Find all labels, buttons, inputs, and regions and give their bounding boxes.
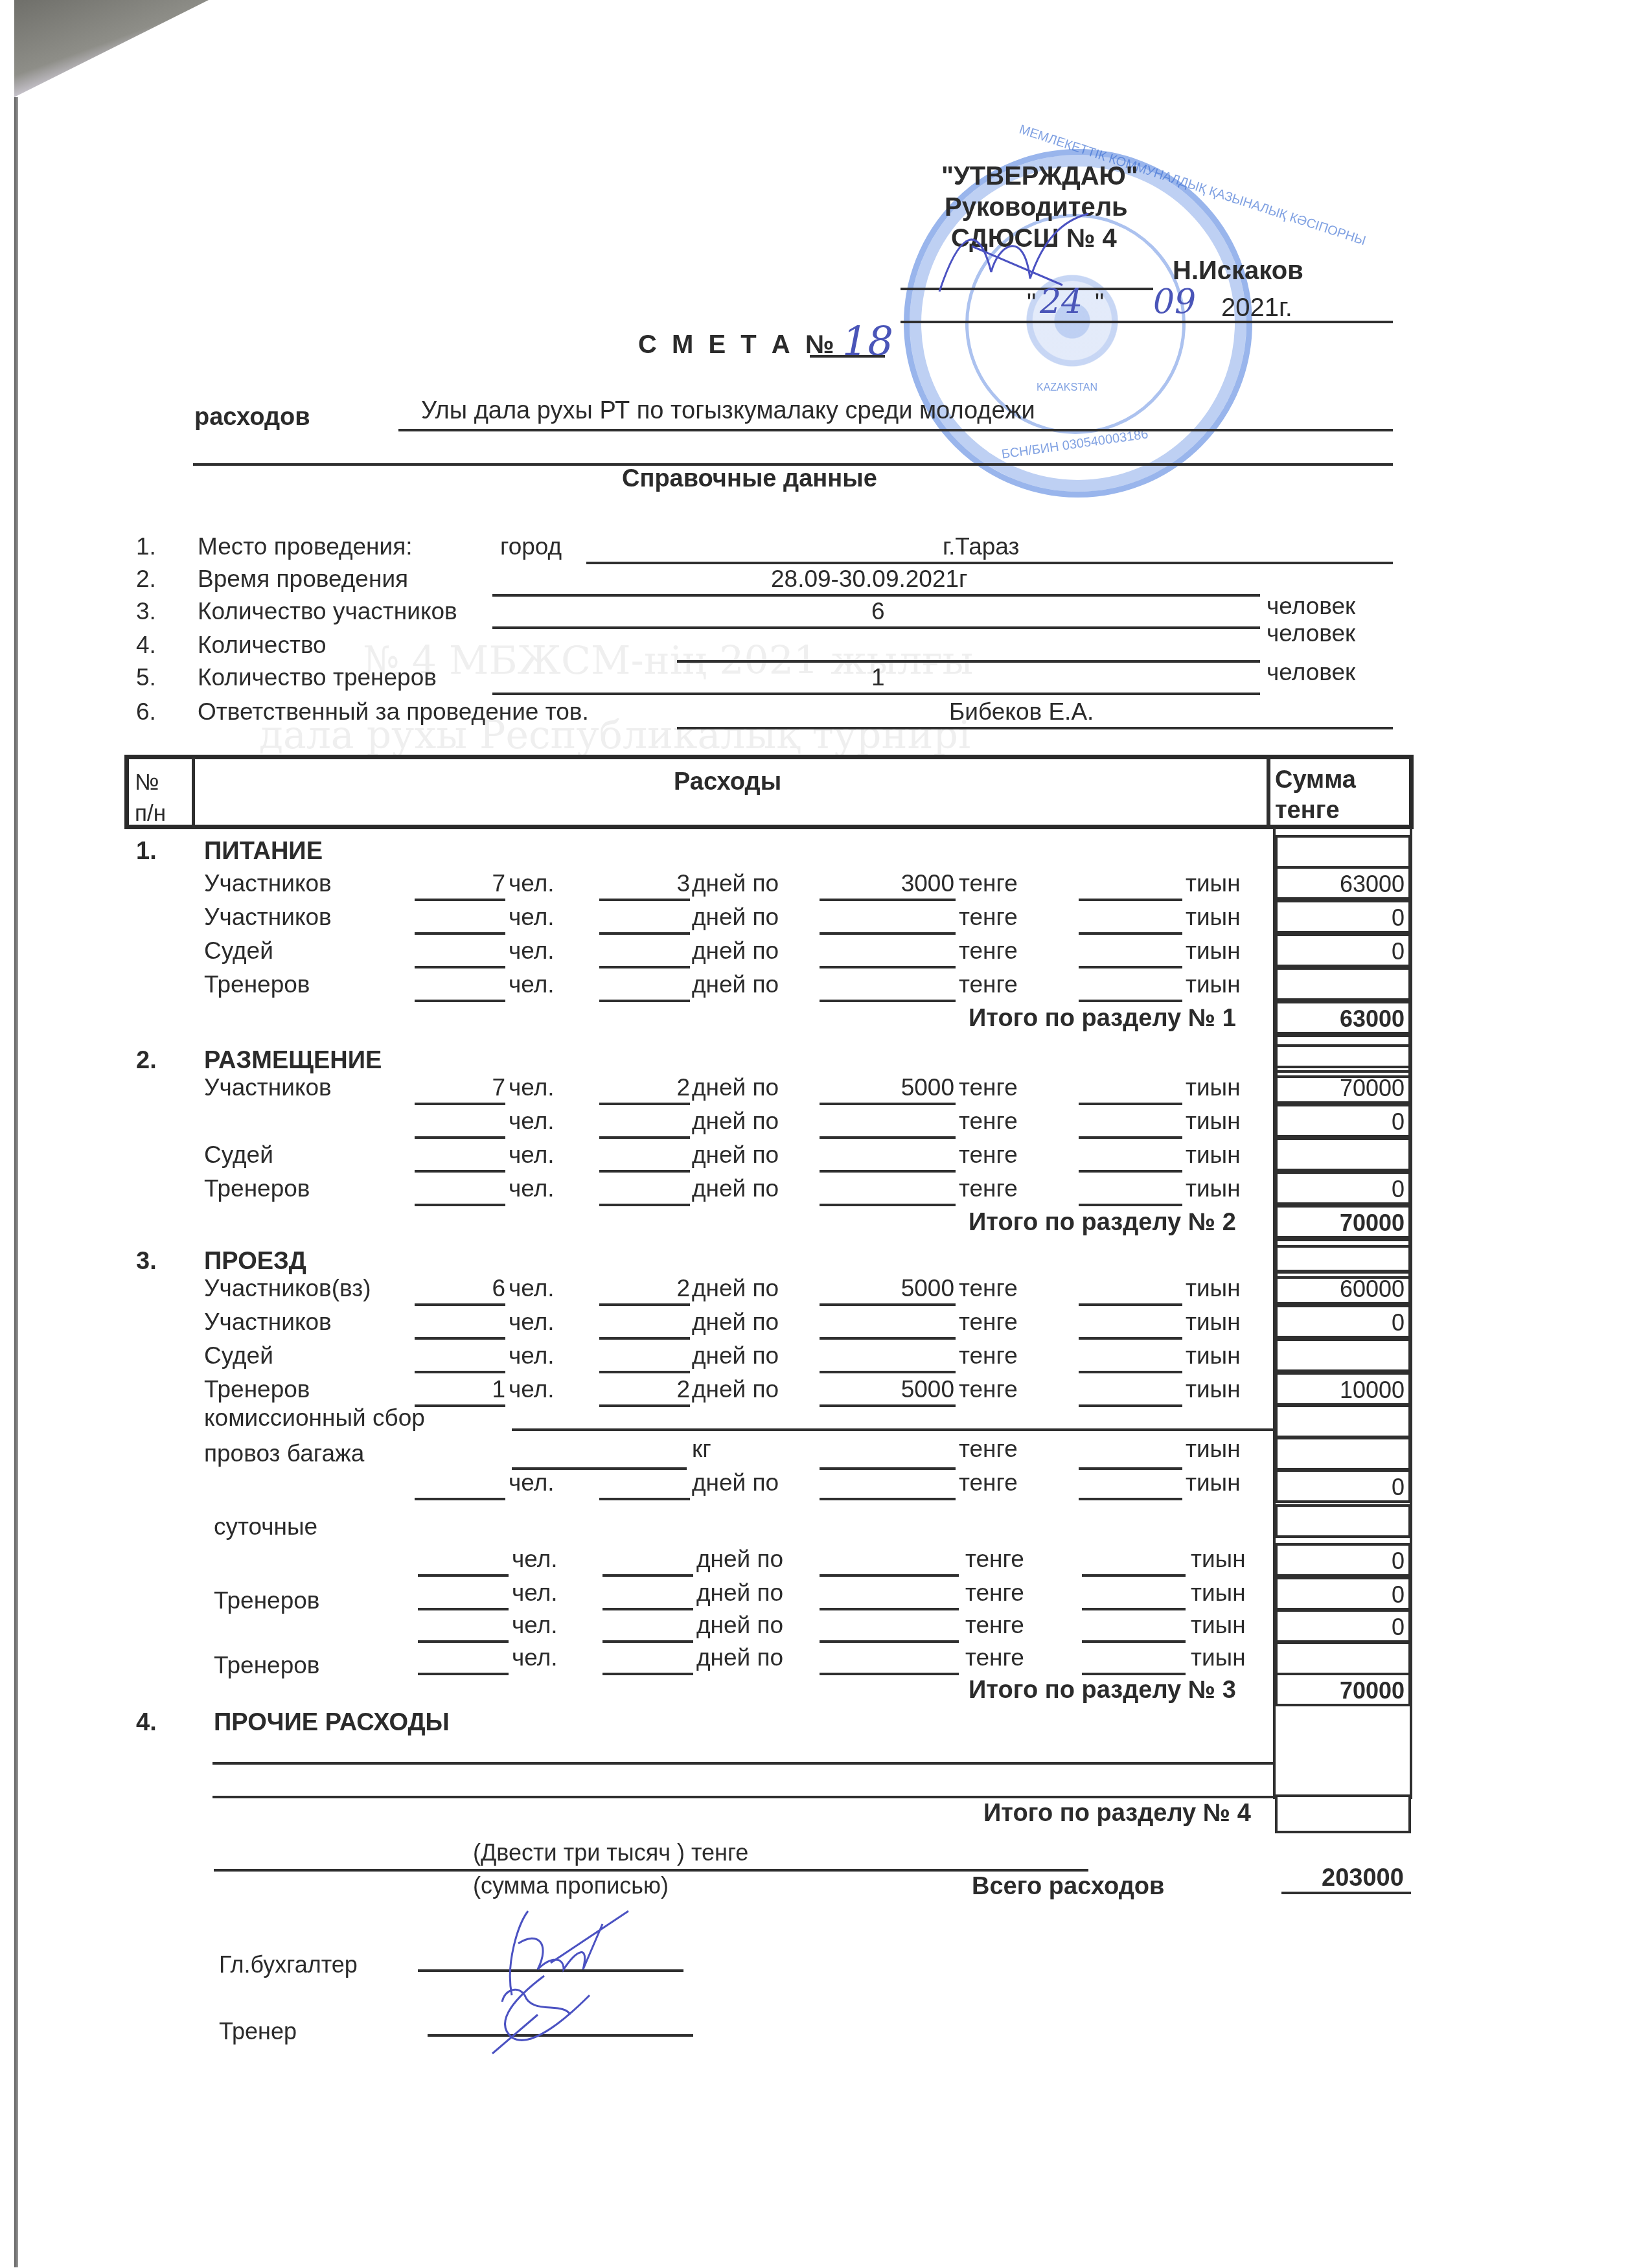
sum-cell[interactable]: 70000 (1275, 1673, 1411, 1706)
days-count[interactable]: 2 (599, 1377, 690, 1401)
people-line[interactable] (415, 1170, 505, 1173)
tiyn-line[interactable] (1079, 1498, 1182, 1500)
sum-cell[interactable]: 0 (1275, 1577, 1411, 1610)
reference-label: Количество (198, 633, 327, 657)
approval-date-line (901, 321, 1393, 323)
tenge-unit: тенге (959, 871, 1018, 895)
rate-line[interactable] (820, 1337, 956, 1340)
tiyn-unit: тиын (1191, 1645, 1246, 1669)
tiyn-line[interactable] (1082, 1640, 1186, 1643)
sum-cell[interactable]: 0 (1275, 1469, 1411, 1503)
date-day[interactable]: 24 (1040, 282, 1083, 321)
tiyn-line[interactable] (1079, 1371, 1182, 1373)
grand-total-line (1281, 1892, 1411, 1894)
rate-line[interactable] (820, 1640, 959, 1643)
people-unit: чел. (509, 905, 555, 929)
sum-cell[interactable] (1275, 967, 1411, 1001)
tiyn-unit: тиын (1186, 1176, 1241, 1200)
people-line[interactable] (418, 1673, 509, 1675)
tiyn-unit: тиын (1186, 1310, 1241, 1334)
tenge-unit: тенге (959, 1075, 1018, 1099)
tenge-unit: тенге (965, 1581, 1024, 1605)
people-unit: чел. (509, 1276, 555, 1300)
people-line[interactable] (415, 966, 505, 968)
people-count[interactable]: 6 (415, 1276, 505, 1300)
commission-line[interactable] (512, 1428, 1275, 1431)
days-line[interactable] (599, 1000, 690, 1002)
people-unit: чел. (509, 1075, 555, 1099)
tiyn-unit: тиын (1186, 905, 1241, 929)
approval-heading: "УТВЕРЖДАЮ" (941, 163, 1138, 189)
people-line[interactable] (415, 932, 505, 935)
grand-total-label: Всего расходов (972, 1874, 1164, 1899)
reference-value-line (677, 660, 1260, 663)
tenge-unit: тенге (965, 1645, 1024, 1669)
expense-label: Судей (204, 1143, 273, 1167)
days-unit: дней по (692, 1377, 779, 1401)
days-unit: дней по (692, 1471, 779, 1495)
days-unit: дней по (696, 1547, 783, 1571)
reference-prefix: город (500, 534, 562, 558)
expense-label: Участников (204, 1075, 332, 1099)
other-expenses-line-2[interactable] (212, 1796, 1275, 1798)
baggage-label: провоз багажа (204, 1441, 364, 1465)
people-line[interactable] (418, 1640, 509, 1643)
section-3-number: 3. (136, 1249, 157, 1274)
reference-label: Количество тренеров (198, 665, 437, 689)
reference-value[interactable]: 1 (871, 665, 885, 689)
rate-line[interactable] (820, 1371, 956, 1373)
tiyn-unit: тиын (1186, 972, 1241, 996)
sum-cell[interactable] (1275, 1642, 1411, 1675)
days-line[interactable] (599, 1404, 690, 1407)
people-unit: чел. (512, 1547, 558, 1571)
days-unit: дней по (692, 1143, 779, 1167)
rate-line[interactable] (820, 1498, 956, 1500)
approval-signatory: Н.Искаков (1173, 258, 1303, 284)
rate-line[interactable] (820, 932, 956, 935)
section-4-total[interactable] (1275, 1794, 1411, 1833)
days-unit: дней по (692, 939, 779, 963)
people-line[interactable] (415, 1103, 505, 1105)
people-count[interactable]: 7 (415, 871, 505, 895)
days-unit: дней по (692, 1176, 779, 1200)
section-3-title: ПРОЕЗД (204, 1249, 306, 1274)
tenge-unit: тенге (965, 1547, 1024, 1571)
tenge-unit: тенге (965, 1613, 1024, 1637)
rate-line[interactable] (820, 1103, 956, 1105)
days-count[interactable]: 2 (599, 1276, 690, 1300)
rate-line[interactable] (820, 1574, 959, 1577)
reference-num: 6. (136, 700, 156, 724)
days-line[interactable] (599, 1371, 690, 1373)
per-diem-row-label: Тренеров (214, 1588, 320, 1612)
sum-cell (1275, 1404, 1411, 1438)
tiyn-unit: тиын (1186, 1377, 1241, 1401)
people-unit: чел. (509, 1471, 555, 1495)
days-line[interactable] (602, 1673, 693, 1675)
people-line[interactable] (415, 899, 505, 901)
tiyn-line[interactable] (1079, 1337, 1182, 1340)
tiyn-unit: тиын (1186, 1109, 1241, 1133)
tiyn-line[interactable] (1082, 1608, 1186, 1610)
table-divider (192, 757, 195, 828)
tiyn-line[interactable] (1079, 1136, 1182, 1139)
sum-cell[interactable]: 60000 (1275, 1271, 1411, 1305)
tenge-unit: тенге (959, 1471, 1018, 1495)
accountant-signature (453, 1905, 674, 2060)
people-count[interactable]: 7 (415, 1075, 505, 1099)
tenge-unit: тенге (959, 1437, 1018, 1461)
coach-label: Тренер (219, 2020, 297, 2043)
reference-num: 3. (136, 599, 156, 623)
rate-line[interactable] (820, 1000, 956, 1002)
people-unit: чел. (509, 1143, 555, 1167)
per-diem-label: суточные (214, 1515, 317, 1539)
stamp-center-label: KAZAKSTAN (1037, 382, 1097, 394)
tiyn-unit: тиын (1186, 1143, 1241, 1167)
people-unit: чел. (512, 1613, 558, 1637)
tiyn-unit: тиын (1186, 939, 1241, 963)
people-line[interactable] (415, 1404, 505, 1407)
sum-cell[interactable]: 70000 (1275, 1205, 1411, 1239)
reference-unit: человек (1267, 621, 1355, 645)
estimate-number[interactable]: 18 (842, 317, 893, 365)
reference-unit: человек (1267, 594, 1355, 618)
rate-value[interactable]: 3000 (820, 871, 954, 895)
tenge-unit: тенге (959, 905, 1018, 929)
sum-cell[interactable]: 0 (1275, 934, 1411, 967)
tiyn-line[interactable] (1079, 1103, 1182, 1105)
days-count[interactable]: 3 (599, 871, 690, 895)
rate-line[interactable] (820, 899, 956, 901)
section-1-title: ПИТАНИЕ (204, 839, 323, 864)
expense-label: Судей (204, 1344, 273, 1368)
sum-column-border (1273, 1694, 1276, 1799)
sum-cell[interactable]: 0 (1275, 1305, 1411, 1338)
scan-shadow-left (14, 97, 18, 2267)
days-line[interactable] (599, 899, 690, 901)
tiyn-line[interactable] (1082, 1574, 1186, 1577)
section-4-number: 4. (136, 1710, 157, 1735)
rate-line[interactable] (820, 1673, 959, 1675)
sum-cell[interactable]: 0 (1275, 1609, 1411, 1643)
rate-line[interactable] (820, 1170, 956, 1173)
sum-cell (1275, 1504, 1411, 1538)
tiyn-line[interactable] (1082, 1673, 1186, 1675)
expense-label: Участников(вз) (204, 1276, 371, 1300)
col-sum-header: Сумма (1275, 768, 1356, 792)
amount-in-words[interactable]: (Двести три тысяч ) тенге (473, 1841, 748, 1864)
rate-value[interactable]: 5000 (820, 1075, 954, 1099)
days-unit: дней по (692, 1344, 779, 1368)
sum-cell[interactable]: 0 (1275, 900, 1411, 934)
section-1-total-label: Итого по разделу № 1 (969, 1006, 1236, 1031)
tiyn-unit: тиын (1186, 1471, 1241, 1495)
reference-value[interactable]: г.Тараз (943, 534, 1019, 558)
people-line[interactable] (418, 1574, 509, 1577)
tiyn-unit: тиын (1186, 1437, 1241, 1461)
people-line[interactable] (415, 1000, 505, 1002)
people-unit: чел. (509, 1310, 555, 1334)
days-line[interactable] (599, 1170, 690, 1173)
rate-line[interactable] (820, 1404, 956, 1407)
reference-num: 5. (136, 665, 156, 689)
rate-line[interactable] (820, 1303, 956, 1306)
days-line[interactable] (599, 1303, 690, 1306)
tiyn-line[interactable] (1079, 1303, 1182, 1306)
document-title: С М Е Т А № (638, 332, 838, 358)
tiyn-line[interactable] (1079, 899, 1182, 901)
date-quote-close: " (1095, 290, 1104, 316)
tiyn-line[interactable] (1079, 1170, 1182, 1173)
rate-value[interactable]: 5000 (820, 1276, 954, 1300)
sum-cell[interactable] (1275, 835, 1411, 869)
expense-label: Тренеров (204, 972, 310, 996)
days-line[interactable] (599, 966, 690, 968)
days-line[interactable] (599, 1498, 690, 1500)
tiyn-line[interactable] (1079, 1467, 1182, 1470)
sum-cell[interactable]: 10000 (1275, 1372, 1411, 1406)
people-line[interactable] (415, 1136, 505, 1139)
reference-label: Время проведения (198, 567, 408, 591)
reference-num: 2. (136, 567, 156, 591)
tiyn-unit: тиын (1191, 1613, 1246, 1637)
reference-label: Количество участников (198, 599, 457, 623)
people-unit: чел. (509, 1344, 555, 1368)
people-unit: чел. (509, 972, 555, 996)
days-line[interactable] (599, 1204, 690, 1206)
days-line[interactable] (599, 932, 690, 935)
days-unit: дней по (696, 1645, 783, 1669)
days-line[interactable] (602, 1608, 693, 1610)
table-divider (1267, 757, 1270, 828)
tiyn-line[interactable] (1079, 1204, 1182, 1206)
date-year: 2021г. (1221, 295, 1292, 321)
days-unit: дней по (696, 1613, 783, 1637)
tiyn-unit: тиын (1186, 1344, 1241, 1368)
tiyn-line[interactable] (1079, 1404, 1182, 1407)
section-4-title: ПРОЧИЕ РАСХОДЫ (214, 1710, 450, 1735)
tenge-unit: тенге (959, 1276, 1018, 1300)
section-3-total-label: Итого по разделу № 3 (969, 1678, 1236, 1702)
tenge-unit: тенге (959, 1310, 1018, 1334)
days-unit: дней по (692, 871, 779, 895)
estimate-number-line (810, 355, 885, 358)
reference-value-line (586, 562, 1393, 564)
days-line[interactable] (602, 1640, 693, 1643)
date-month[interactable]: 09 (1153, 282, 1196, 321)
days-unit: дней по (692, 1075, 779, 1099)
days-line[interactable] (599, 1103, 690, 1105)
sum-cell[interactable]: 63000 (1275, 1001, 1411, 1035)
days-unit: дней по (692, 1276, 779, 1300)
amount-in-words-line (214, 1869, 1088, 1872)
sum-cell[interactable]: 0 (1275, 1543, 1411, 1577)
reference-value-line (492, 693, 1260, 695)
section-2-title: РАЗМЕЩЕНИЕ (204, 1048, 382, 1073)
days-unit: дней по (692, 972, 779, 996)
people-line[interactable] (415, 1498, 505, 1500)
people-line[interactable] (418, 1608, 509, 1610)
tiyn-unit: тиын (1191, 1547, 1246, 1571)
days-unit: дней по (692, 905, 779, 929)
tenge-unit: тенге (959, 1344, 1018, 1368)
sum-cell[interactable] (1275, 1138, 1411, 1171)
amount-in-words-caption: (сумма прописью) (473, 1874, 669, 1897)
tenge-unit: тенге (959, 939, 1018, 963)
sum-cell[interactable] (1275, 1338, 1411, 1372)
expense-label: Участников (204, 1310, 332, 1334)
section-1-number: 1. (136, 839, 157, 864)
tiyn-line[interactable] (1079, 932, 1182, 935)
grand-total-value[interactable]: 203000 (1322, 1866, 1404, 1890)
people-unit: чел. (509, 1109, 555, 1133)
section-2-total-label: Итого по разделу № 2 (969, 1210, 1236, 1235)
people-line[interactable] (415, 1303, 505, 1306)
event-name[interactable]: Улы дала рухы РТ по тогызкумалаку среди … (421, 398, 1035, 423)
expenses-label: расходов (194, 405, 310, 430)
reference-value-line (677, 727, 1393, 729)
reference-value[interactable]: 6 (871, 599, 885, 623)
people-unit: чел. (509, 1176, 555, 1200)
expense-label: Тренеров (204, 1176, 310, 1200)
tiyn-unit: тиын (1191, 1581, 1246, 1605)
reference-num: 4. (136, 633, 156, 657)
people-line[interactable] (415, 1337, 505, 1340)
reference-unit: человек (1267, 660, 1355, 684)
people-count[interactable]: 1 (415, 1377, 505, 1401)
col-num-header: № (135, 771, 159, 794)
section-4-total-label: Итого по разделу № 4 (983, 1801, 1251, 1826)
reference-label: Ответственный за проведение тов. (198, 700, 589, 724)
tiyn-line[interactable] (1079, 1000, 1182, 1002)
reference-heading: Справочные данные (622, 466, 877, 491)
tenge-unit: тенге (959, 972, 1018, 996)
reference-value[interactable]: 28.09-30.09.2021г (771, 567, 968, 591)
other-expenses-line-1[interactable] (212, 1762, 1275, 1765)
tiyn-unit: тиын (1186, 1075, 1241, 1099)
days-line[interactable] (599, 1337, 690, 1340)
accountant-label: Гл.бухгалтер (219, 1953, 358, 1976)
event-name-line (398, 429, 1393, 431)
expense-label: Судей (204, 939, 273, 963)
people-unit: чел. (509, 1377, 555, 1401)
sum-cell[interactable] (1275, 1437, 1411, 1471)
section-2-number: 2. (136, 1048, 157, 1073)
reference-value-line (492, 594, 1260, 597)
tiyn-unit: тиын (1186, 1276, 1241, 1300)
rate-value[interactable]: 5000 (820, 1377, 954, 1401)
kg-unit: кг (692, 1437, 711, 1461)
people-line[interactable] (415, 1204, 505, 1206)
scan-shadow-top (14, 0, 209, 97)
col-sum-header-2: тенге (1275, 798, 1340, 823)
people-line[interactable] (415, 1371, 505, 1373)
reference-value-line (492, 626, 1260, 629)
reference-value[interactable]: Бибеков Е.А. (949, 700, 1094, 724)
days-unit: дней по (692, 1310, 779, 1334)
rate-line[interactable] (820, 966, 956, 968)
expense-label: Участников (204, 905, 332, 929)
per-diem-row-label: Тренеров (214, 1653, 320, 1677)
rate-line[interactable] (820, 1467, 956, 1470)
days-count[interactable]: 2 (599, 1075, 690, 1099)
reference-num: 1. (136, 534, 156, 558)
sum-cell[interactable]: 70000 (1275, 1070, 1411, 1104)
col-num-header-2: п/н (135, 802, 166, 825)
days-line[interactable] (599, 1136, 690, 1139)
date-quote-open: " (1027, 290, 1036, 316)
reference-label: Место проведения: (198, 534, 412, 558)
sum-cell[interactable]: 0 (1275, 1104, 1411, 1138)
days-unit: дней по (696, 1581, 783, 1605)
people-unit: чел. (509, 939, 555, 963)
tenge-unit: тенге (959, 1377, 1018, 1401)
people-unit: чел. (512, 1581, 558, 1605)
tiyn-unit: тиын (1186, 871, 1241, 895)
expense-label: Участников (204, 871, 332, 895)
commission-label: комиссионный сбор (204, 1406, 425, 1430)
rate-line[interactable] (820, 1204, 956, 1206)
tenge-unit: тенге (959, 1109, 1018, 1133)
expense-label: Тренеров (204, 1377, 310, 1401)
days-unit: дней по (692, 1109, 779, 1133)
tenge-unit: тенге (959, 1143, 1018, 1167)
sum-cell[interactable]: 0 (1275, 1171, 1411, 1205)
tenge-unit: тенге (959, 1176, 1018, 1200)
people-unit: чел. (512, 1645, 558, 1669)
tiyn-line[interactable] (1079, 966, 1182, 968)
sum-column-border (1410, 1694, 1412, 1799)
col-expenses-header: Расходы (674, 770, 781, 794)
people-unit: чел. (509, 871, 555, 895)
rate-line[interactable] (820, 1136, 956, 1139)
sum-cell[interactable]: 63000 (1275, 866, 1411, 900)
rate-line[interactable] (820, 1608, 959, 1610)
days-line[interactable] (602, 1574, 693, 1577)
